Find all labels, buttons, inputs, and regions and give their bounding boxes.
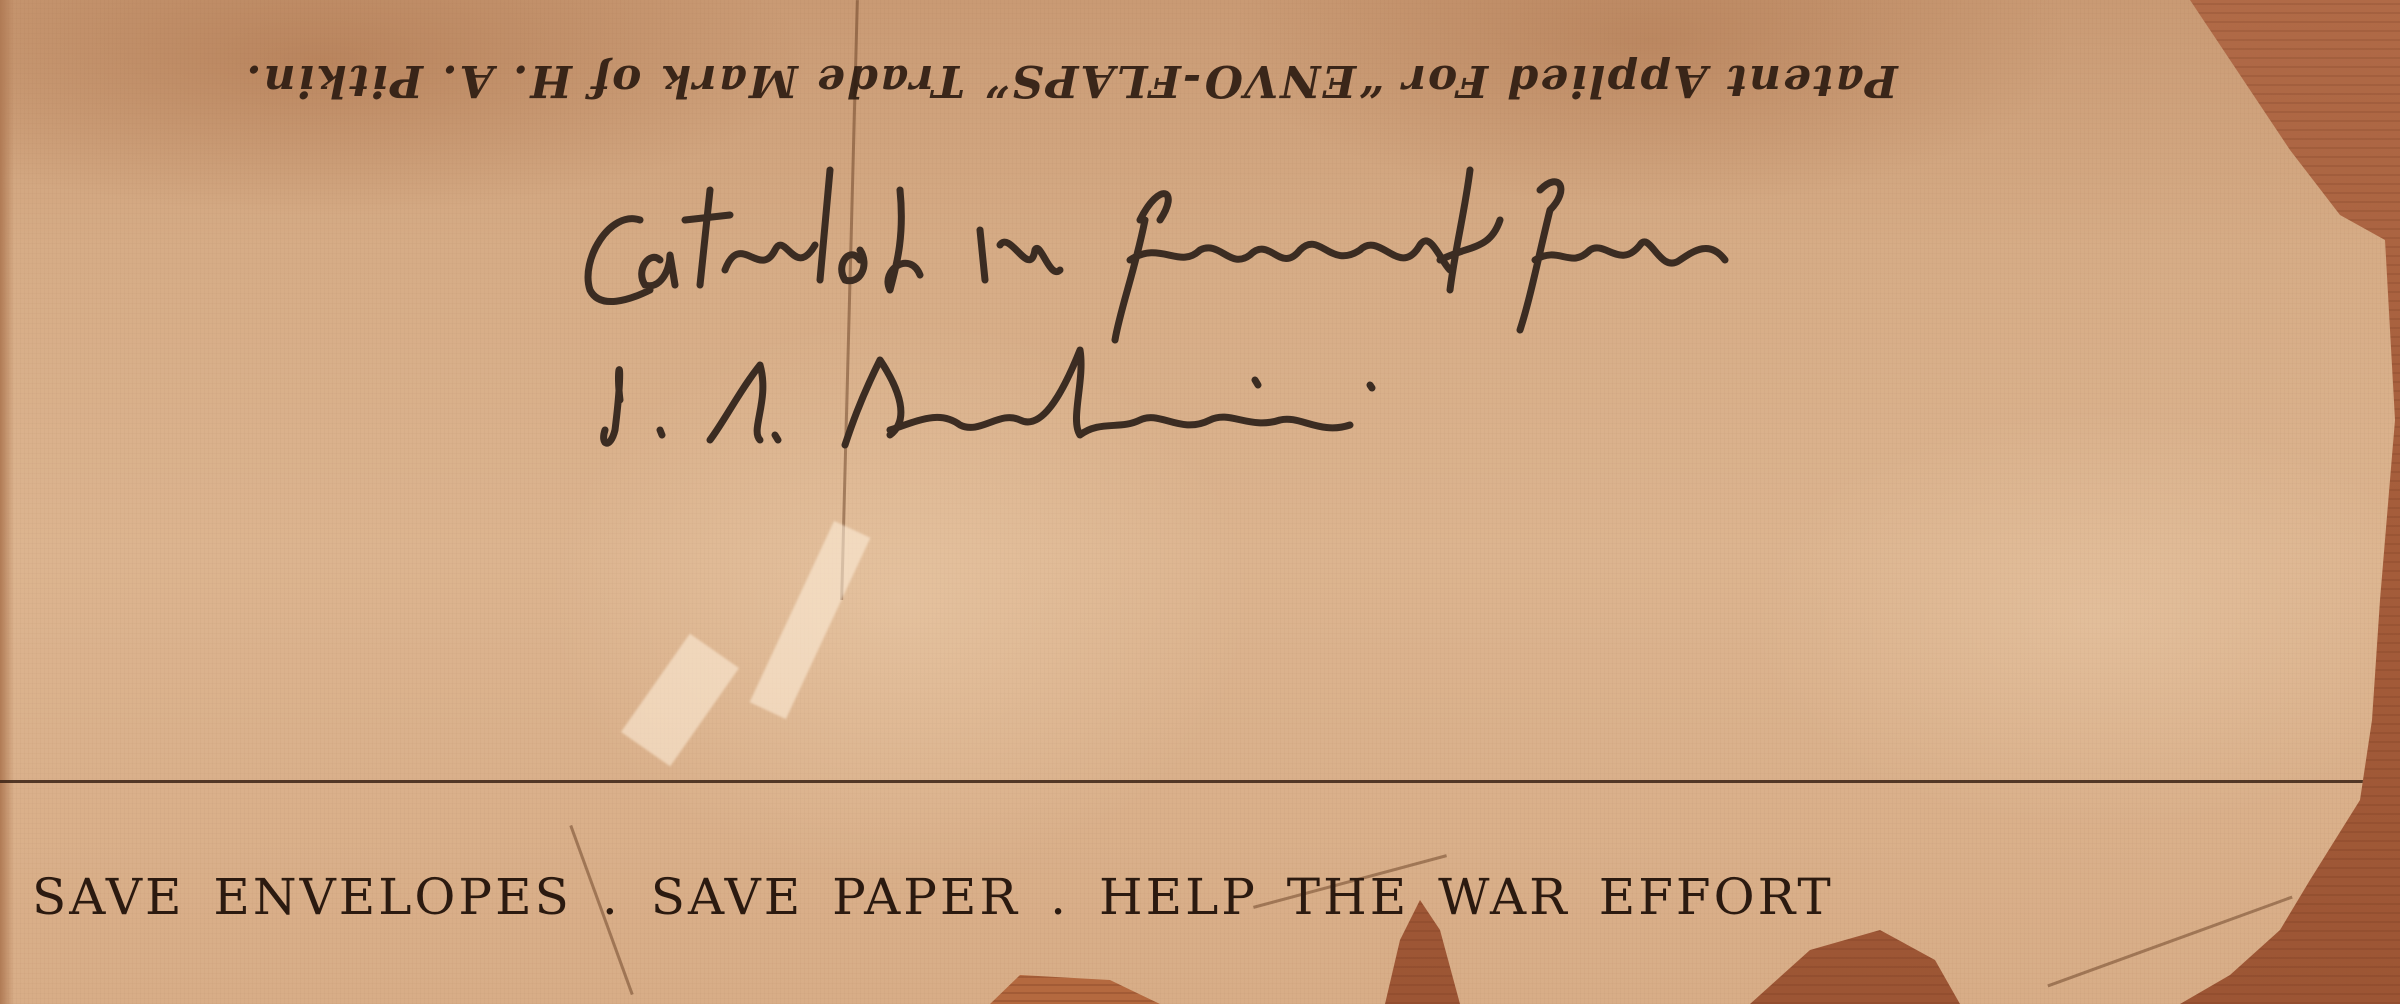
printed-trademark-line: Patent Applied For “ENVO-FLAPS” Trade Ma…	[76, 55, 2066, 106]
printed-divider-line	[0, 780, 2400, 783]
slogan-separator: .	[1050, 868, 1069, 926]
slogan-save-envelopes: SAVE ENVELOPES	[32, 868, 572, 926]
worn-crease-2	[621, 634, 739, 767]
war-effort-slogan: SAVE ENVELOPES.SAVE PAPER.HELP THE WAR E…	[32, 868, 1834, 926]
bottom-crack-3	[2047, 896, 2292, 988]
slogan-separator: .	[602, 868, 621, 926]
slogan-help-war-effort: HELP THE WAR EFFORT	[1099, 868, 1834, 926]
worn-crease-1	[750, 521, 871, 719]
handwritten-inscription	[560, 150, 2360, 480]
photo-scene: Patent Applied For “ENVO-FLAPS” Trade Ma…	[0, 0, 2400, 1004]
paper-label: Patent Applied For “ENVO-FLAPS” Trade Ma…	[0, 0, 2400, 1004]
paper-left-edge	[0, 0, 14, 1004]
slogan-save-paper: SAVE PAPER	[651, 868, 1020, 926]
